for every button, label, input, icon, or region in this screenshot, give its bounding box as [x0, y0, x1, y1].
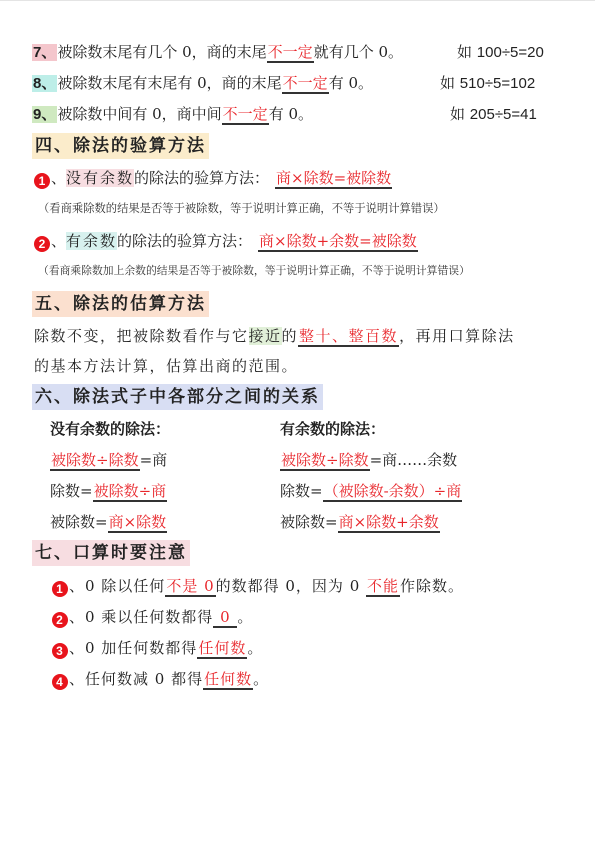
text: 的数都得 0，因为 0	[216, 577, 366, 595]
text: 、0 乘以任何数都得	[69, 608, 213, 626]
text: 除数=	[50, 482, 93, 500]
example-label: 如	[457, 43, 472, 61]
check-method-1: 1、没有余数的除法的验算方法：商×除数=被除数	[34, 167, 392, 189]
no-remainder-heading: 没有余数的除法：	[50, 418, 170, 440]
example-label: 如	[440, 74, 455, 92]
rule-text-end: 有 0。	[269, 105, 313, 123]
rule-number: 8、	[32, 75, 57, 92]
remainder-relation-3: 被除数=商×除数+余数	[280, 511, 440, 533]
number-2-icon: 2	[34, 236, 50, 252]
keyword: 0	[213, 608, 237, 628]
no-remainder-relation-2: 除数=被除数÷商	[50, 480, 167, 502]
rule-keyword: 不一定	[222, 105, 269, 125]
example-equation: 205÷5=41	[470, 106, 537, 123]
text: 、任何数减 0 都得	[69, 670, 203, 688]
rule-text: 被除数末尾有几个 0，商的末尾	[57, 43, 266, 61]
formula: 被除数÷除数	[280, 451, 370, 471]
method-formula: 商×除数=被除数	[275, 169, 392, 189]
number-1-icon: 1	[34, 173, 50, 189]
mental-math-note-2: 2、0 乘以任何数都得 0 。	[52, 606, 253, 628]
text: 被除数=	[280, 513, 338, 531]
text: 作除数。	[400, 577, 464, 595]
number-1-icon: 1	[52, 581, 68, 597]
estimate-line-2: 的基本方法计算，估算出商的范围。	[34, 355, 298, 377]
highlight-term: 接近	[249, 327, 282, 345]
highlight-term: 有余数	[66, 232, 117, 250]
section-4-title: 四、除法的验算方法	[32, 133, 209, 159]
separator: 、	[51, 232, 66, 250]
text: 除数不变，把被除数看作与它	[34, 327, 249, 345]
text: =商……余数	[370, 451, 458, 469]
rule-number: 7、	[32, 44, 57, 61]
text: 被除数=	[50, 513, 108, 531]
rule-text-end: 就有几个 0。	[314, 43, 403, 61]
keyword: 整十、整百数	[298, 327, 399, 347]
section-6-title: 六、除法式子中各部分之间的关系	[32, 384, 323, 410]
no-remainder-relation-1: 被除数÷除数=商	[50, 449, 167, 471]
keyword: 任何数	[197, 639, 247, 659]
number-2-icon: 2	[52, 612, 68, 628]
text: 。	[247, 639, 263, 657]
formula: （被除数-余数）÷商	[323, 482, 463, 502]
formula: 被除数÷除数	[50, 451, 140, 471]
rule-text: 被除数末尾有末尾有 0，商的末尾	[57, 74, 281, 92]
text: 、0 加任何数都得	[69, 639, 197, 657]
text: =商	[140, 451, 168, 469]
number-4-icon: 4	[52, 674, 68, 690]
method-formula: 商×除数+余数=被除数	[258, 232, 418, 252]
highlight-term: 没有余数	[66, 169, 134, 187]
check-method-1-note: （看商乘除数的结果是否等于被除数，等于说明计算正确，不等于说明计算错误）	[38, 200, 445, 218]
mental-math-note-3: 3、0 加任何数都得任何数。	[52, 637, 263, 659]
rule-text-end: 有 0。	[329, 74, 373, 92]
example-equation: 510÷5=102	[460, 75, 535, 92]
text: 除数=	[280, 482, 323, 500]
rule-8-example: 如 510÷5=102	[440, 72, 535, 95]
remainder-heading: 有余数的除法：	[280, 418, 385, 440]
example-label: 如	[450, 105, 465, 123]
estimate-line-1: 除数不变，把被除数看作与它接近的整十、整百数，再用口算除法	[34, 325, 515, 347]
keyword: 不能	[366, 577, 400, 597]
text: ，再用口算除法	[399, 327, 515, 345]
text: 。	[253, 670, 269, 688]
formula: 商×除数+余数	[338, 513, 440, 533]
check-method-2: 2、有余数的除法的验算方法：商×除数+余数=被除数	[34, 230, 418, 252]
section-5-title: 五、除法的估算方法	[32, 291, 209, 317]
text: 、0 除以任何	[69, 577, 165, 595]
number-3-icon: 3	[52, 643, 68, 659]
rule-number: 9、	[32, 106, 57, 123]
method-text: 的除法的验算方法：	[134, 169, 269, 187]
no-remainder-relation-3: 被除数=商×除数	[50, 511, 167, 533]
separator: 、	[51, 169, 66, 187]
rule-9-example: 如 205÷5=41	[450, 103, 537, 126]
formula: 被除数÷商	[93, 482, 168, 502]
rule-text: 被除数中间有 0，商中间	[57, 105, 221, 123]
method-text: 的除法的验算方法：	[117, 232, 252, 250]
rule-keyword: 不一定	[267, 43, 314, 63]
mental-math-note-1: 1、0 除以任何不是 0的数都得 0，因为 0 不能作除数。	[52, 575, 464, 597]
keyword: 不是 0	[165, 577, 215, 597]
keyword: 任何数	[203, 670, 253, 690]
rule-keyword: 不一定	[282, 74, 329, 94]
rule-7-example: 如 100÷5=20	[457, 41, 544, 64]
page-top-border	[0, 0, 595, 1]
example-equation: 100÷5=20	[477, 44, 544, 61]
rule-8: 8、被除数末尾有末尾有 0，商的末尾不一定有 0。	[32, 72, 373, 95]
check-method-2-note: （看商乘除数加上余数的结果是否等于被除数，等于说明计算正确，不等于说明计算错误）	[38, 262, 470, 280]
text: 。	[237, 608, 253, 626]
rule-9: 9、被除数中间有 0，商中间不一定有 0。	[32, 103, 313, 126]
remainder-relation-1: 被除数÷除数=商……余数	[280, 449, 457, 471]
rule-7: 7、被除数末尾有几个 0，商的末尾不一定就有几个 0。	[32, 41, 403, 64]
section-7-title: 七、口算时要注意	[32, 540, 190, 566]
text: 的	[282, 327, 299, 345]
formula: 商×除数	[108, 513, 168, 533]
remainder-relation-2: 除数=（被除数-余数）÷商	[280, 480, 462, 502]
mental-math-note-4: 4、任何数减 0 都得任何数。	[52, 668, 269, 690]
